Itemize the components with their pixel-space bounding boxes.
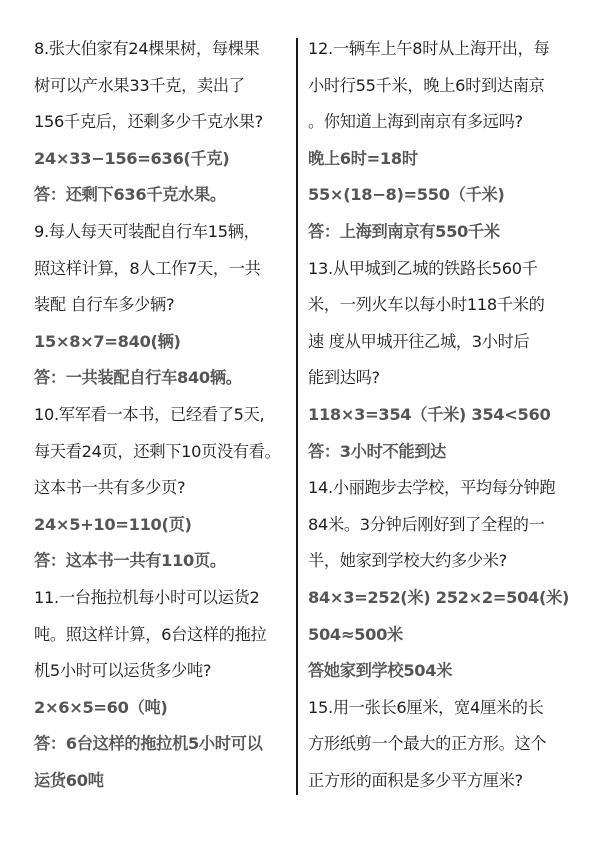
question-8-line-2: 树可以产水果33千克，卖出了 — [34, 68, 296, 105]
question-9-line-2: 照这样计算，8人工作7天，一共 — [34, 251, 296, 288]
question-14-line-1: 14.小丽跑步去学校，平均每分钟跑 — [308, 470, 592, 507]
question-13-line-4: 能到达吗? — [308, 360, 592, 397]
question-12-calculation-1: 晚上6时=18时 — [308, 141, 592, 178]
question-10-line-2: 每天看24页，还剩下10页没有看。 — [34, 434, 296, 471]
question-11-line-1: 11.一台拖拉机每小时可以运货2 — [34, 580, 296, 617]
question-8-line-3: 156千克后，还剩多少千克水果? — [34, 104, 296, 141]
question-8-calculation: 24×33−156=636(千克) — [34, 141, 296, 178]
question-8-line-1: 8.张大伯家有24棵果树，每棵果 — [34, 31, 296, 68]
question-11-answer-line-2: 运货60吨 — [34, 763, 296, 800]
question-14-answer: 答她家到学校504米 — [308, 653, 592, 690]
question-15-line-1: 15.用一张长6厘米，宽4厘米的长 — [308, 690, 592, 727]
question-11-answer-line-1: 答：6台这样的拖拉机5小时可以 — [34, 726, 296, 763]
right-column: 12.一辆车上午8时从上海开出，每 小时行55千米，晚上6时到达南京 。你知道上… — [308, 31, 592, 799]
question-13-line-1: 13.从甲城到乙城的铁路长560千 — [308, 251, 592, 288]
question-10-line-1: 10.军军看一本书，已经看了5天, — [34, 397, 296, 434]
question-10-answer: 答：这本书一共有110页。 — [34, 543, 296, 580]
question-11-line-3: 机5小时可以运货多少吨? — [34, 653, 296, 690]
question-14-line-3: 半，她家到学校大约多少米? — [308, 543, 592, 580]
question-13-line-3: 速 度从甲城开往乙城，3小时后 — [308, 324, 592, 361]
question-11-calculation: 2×6×5=60（吨) — [34, 690, 296, 727]
worksheet-page: 8.张大伯家有24棵果树，每棵果 树可以产水果33千克，卖出了 156千克后，还… — [0, 0, 596, 842]
question-12-answer: 答：上海到南京有550千米 — [308, 214, 592, 251]
question-12-line-2: 小时行55千米，晚上6时到达南京 — [308, 68, 592, 105]
question-15-line-3: 正方形的面积是多少平方厘米? — [308, 763, 592, 800]
question-9-line-1: 9.每人每天可装配自行车15辆， — [34, 214, 296, 251]
question-9-calculation: 15×8×7=840(辆) — [34, 324, 296, 361]
question-10-calculation: 24×5+10=110(页) — [34, 507, 296, 544]
column-divider — [296, 38, 298, 795]
question-14-line-2: 84米。3分钟后刚好到了全程的一 — [308, 507, 592, 544]
question-11-line-2: 吨。照这样计算，6台这样的拖拉 — [34, 617, 296, 654]
left-column: 8.张大伯家有24棵果树，每棵果 树可以产水果33千克，卖出了 156千克后，还… — [34, 31, 296, 799]
question-13-answer: 答：3小时不能到达 — [308, 434, 592, 471]
question-14-calculation-2: 504≈500米 — [308, 617, 592, 654]
question-9-answer: 答：一共装配自行车840辆。 — [34, 360, 296, 397]
question-13-line-2: 米，一列火车以每小时118千米的 — [308, 287, 592, 324]
question-12-line-3: 。你知道上海到南京有多远吗? — [308, 104, 592, 141]
question-14-calculation-1: 84×3=252(米) 252×2=504(米) — [308, 580, 592, 617]
question-9-line-3: 装配 自行车多少辆? — [34, 287, 296, 324]
question-15-line-2: 方形纸剪一个最大的正方形。这个 — [308, 726, 592, 763]
question-10-line-3: 这本书一共有多少页? — [34, 470, 296, 507]
question-12-calculation-2: 55×(18−8)=550（千米) — [308, 177, 592, 214]
question-12-line-1: 12.一辆车上午8时从上海开出，每 — [308, 31, 592, 68]
question-8-answer: 答：还剩下636千克水果。 — [34, 177, 296, 214]
question-13-calculation: 118×3=354（千米) 354<560 — [308, 397, 592, 434]
